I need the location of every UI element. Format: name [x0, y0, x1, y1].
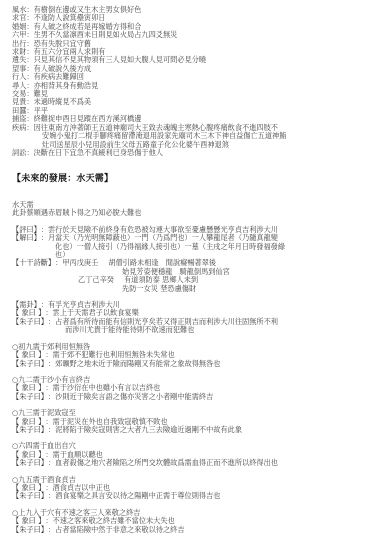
section-heading: 【未來的發展：水天需】: [12, 175, 113, 183]
fortune-text: 亦相背其身有動浩見: [34, 82, 367, 90]
hexagram-detail: 水天需 此卦蔡順遇赤眉賊卜得之乃知必脫大難也 【評曰】：雲行於天見險不前終身有危…: [12, 201, 367, 534]
fortune-item: 見貴：未過時縱見不爲美: [12, 98, 367, 106]
fortune-list: 風水：有樹倒在邊或又生木主男女俱好色 求官：不逢防人說箕壘寅卯日 婚姻：有人破之…: [12, 6, 367, 157]
fortune-text: 未過時縱見不爲美: [34, 98, 367, 106]
hexagram-desc: 此卦蔡順遇赤眉賊卜得之乃知必脫大難也: [12, 209, 367, 217]
fortune-label: 疾病: [12, 124, 26, 132]
fortune-text: 決斷在日下宜急不真緩利已身恐傷于他人: [34, 149, 367, 157]
fortune-item: 詞訟：決斷在日下宜急不真緩利已身恐傷于他人: [12, 149, 367, 157]
fortune-label: 詞訟: [12, 149, 26, 157]
fortune-item: 尋人：亦相背其身有動浩見: [12, 82, 367, 90]
